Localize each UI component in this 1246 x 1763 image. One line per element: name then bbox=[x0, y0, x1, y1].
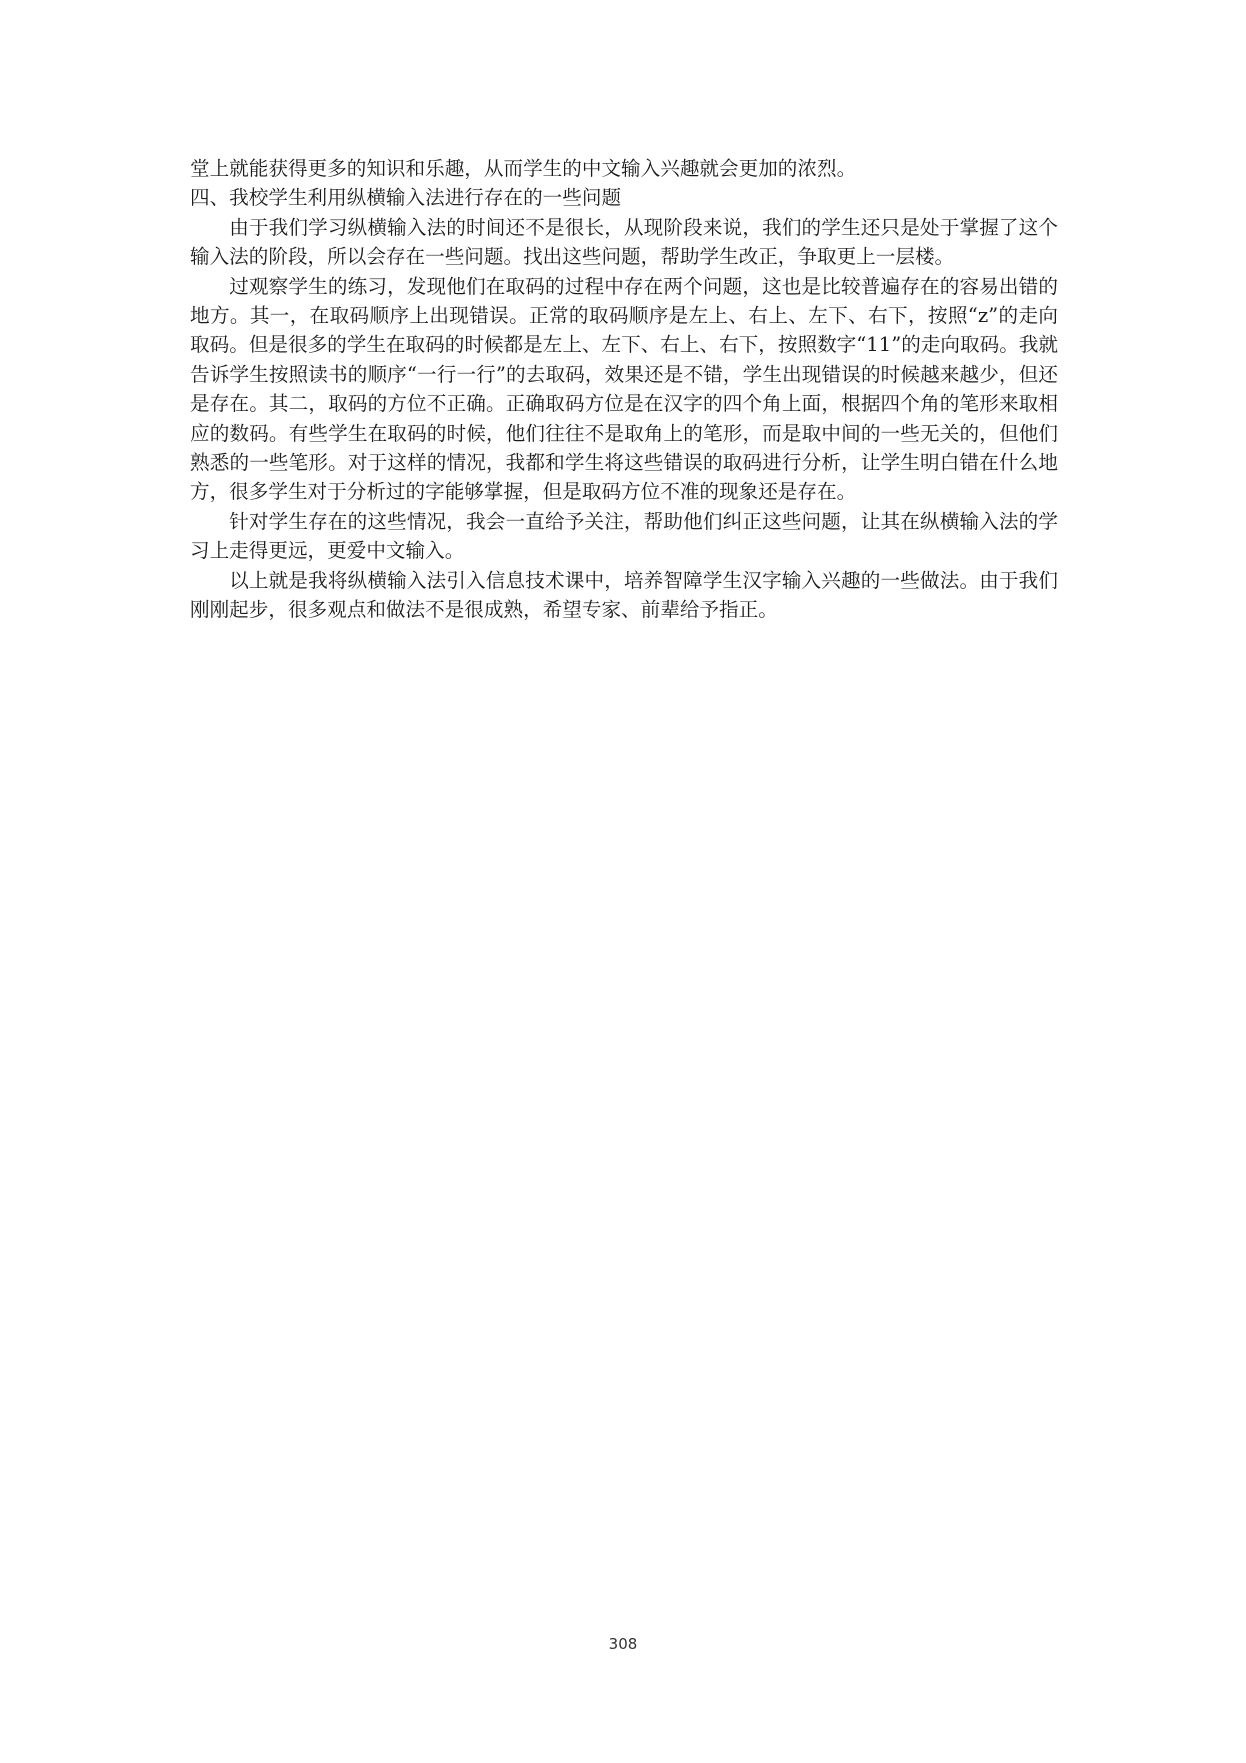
section-heading: 四、我校学生利用纵横输入法进行存在的一些问题 bbox=[190, 183, 1058, 212]
page-body: 堂上就能获得更多的知识和乐趣，从而学生的中文输入兴趣就会更加的浓烈。 四、我校学… bbox=[190, 154, 1058, 625]
paragraph: 针对学生存在的这些情况，我会一直给予关注，帮助他们纠正这些问题，让其在纵横输入法… bbox=[190, 507, 1058, 566]
page-number: 308 bbox=[0, 1635, 1246, 1653]
paragraph: 由于我们学习纵横输入法的时间还不是很长，从现阶段来说，我们的学生还只是处于掌握了… bbox=[190, 213, 1058, 272]
paragraph-continuation: 堂上就能获得更多的知识和乐趣，从而学生的中文输入兴趣就会更加的浓烈。 bbox=[190, 154, 1058, 183]
paragraph: 以上就是我将纵横输入法引入信息技术课中，培养智障学生汉字输入兴趣的一些做法。由于… bbox=[190, 566, 1058, 625]
paragraph: 过观察学生的练习，发现他们在取码的过程中存在两个问题，这也是比较普遍存在的容易出… bbox=[190, 272, 1058, 507]
document-page: 堂上就能获得更多的知识和乐趣，从而学生的中文输入兴趣就会更加的浓烈。 四、我校学… bbox=[0, 0, 1246, 1763]
